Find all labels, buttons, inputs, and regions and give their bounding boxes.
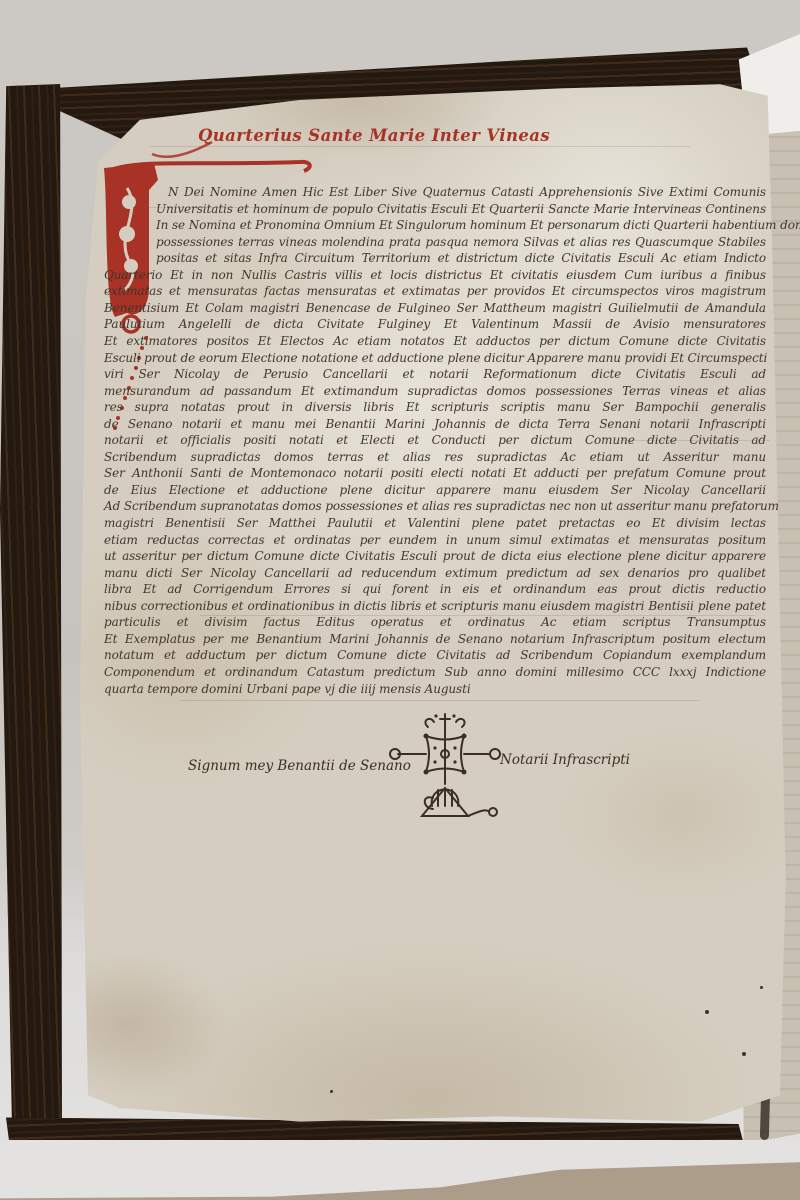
notarial-sign bbox=[388, 712, 508, 822]
manuscript-line: N Dei Nomine Amen Hic Est Liber Sive Qua… bbox=[104, 184, 766, 201]
ruling-line bbox=[180, 700, 700, 701]
manuscript-photo: Quarterius Sante Marie Inter Vineas N De… bbox=[0, 0, 800, 1200]
manuscript-line: Et Exemplatus per me Benantium Marini Jo… bbox=[104, 631, 766, 648]
manuscript-line: res supra notatas prout in diversis libr… bbox=[104, 399, 766, 416]
manuscript-line: Quarterio Et in non Nullis Castris villi… bbox=[104, 267, 766, 284]
wormhole-speck bbox=[705, 1010, 709, 1014]
manuscript-line: extimatas et mensuratas factas mensurata… bbox=[104, 283, 766, 300]
book-board-left bbox=[0, 84, 62, 1148]
rubric-heading: Quarterius Sante Marie Inter Vineas bbox=[198, 126, 558, 145]
manuscript-line: positas et sitas Infra Circuitum Territo… bbox=[104, 250, 766, 267]
manuscript-line: Ser Anthonii Santi de Montemonaco notari… bbox=[104, 465, 766, 482]
manuscript-line: mensurandum ad passandum Et extimandum s… bbox=[104, 383, 766, 400]
manuscript-line: magistri Benentisii Ser Matthei Paulutii… bbox=[104, 515, 766, 532]
manuscript-line: Componendum et ordinandum Catastum predi… bbox=[104, 664, 766, 681]
manuscript-line: Paulutium Angelelli de dicta Civitate Fu… bbox=[104, 316, 766, 333]
manuscript-line: possessiones terras vineas molendina pra… bbox=[104, 234, 766, 251]
wormhole-speck bbox=[742, 1052, 746, 1056]
manuscript-line: Universitatis et hominum de populo Civit… bbox=[104, 201, 766, 218]
manuscript-line: nibus correctionibus et ordinationibus i… bbox=[104, 598, 766, 615]
ruling-line bbox=[150, 146, 690, 147]
manuscript-line: de Eius Electione et adductione plene di… bbox=[104, 482, 766, 499]
manuscript-line: notatum et adductum per dictum Comune di… bbox=[104, 647, 766, 664]
manuscript-line: Esculi prout de eorum Electione notation… bbox=[104, 350, 766, 367]
wormhole-speck bbox=[330, 1090, 333, 1093]
wormhole-speck bbox=[760, 986, 763, 989]
manuscript-line: Benentisium Et Colam magistri Benencase … bbox=[104, 300, 766, 317]
manuscript-line: libra Et ad Corrigendum Errores si qui f… bbox=[104, 581, 766, 598]
manuscript-line: viri Ser Nicolay de Perusio Cancellarii … bbox=[104, 366, 766, 383]
manuscript-line: de Senano notarii et manu mei Benantii M… bbox=[104, 416, 766, 433]
manuscript-line: manu dicti Ser Nicolay Cancellarii ad re… bbox=[104, 565, 766, 582]
manuscript-line: ut asseritur per dictum Comune dicte Civ… bbox=[104, 548, 766, 565]
notary-signature-left: Signum mey Benantii de Senano bbox=[188, 758, 411, 774]
manuscript-line: Et extimatores positos Et Electos Ac eti… bbox=[104, 333, 766, 350]
manuscript-line: notarii et officialis positi notati et E… bbox=[104, 432, 766, 449]
notary-signature-right: Notarii Infrascripti bbox=[500, 752, 630, 768]
manuscript-line: Scribendum supradictas domos terras et a… bbox=[104, 449, 766, 466]
manuscript-line: Ad Scribendum supranotatas domos possess… bbox=[104, 498, 766, 515]
manuscript-line: etiam reductas correctas et ordinatas pe… bbox=[104, 532, 766, 549]
manuscript-line: In se Nomina et Pronomina Omnium Et Sing… bbox=[104, 217, 766, 234]
manuscript-line: particulis et divisim factus Editus oper… bbox=[104, 614, 766, 631]
manuscript-line: quarta tempore domini Urbani pape vj die… bbox=[104, 681, 766, 698]
